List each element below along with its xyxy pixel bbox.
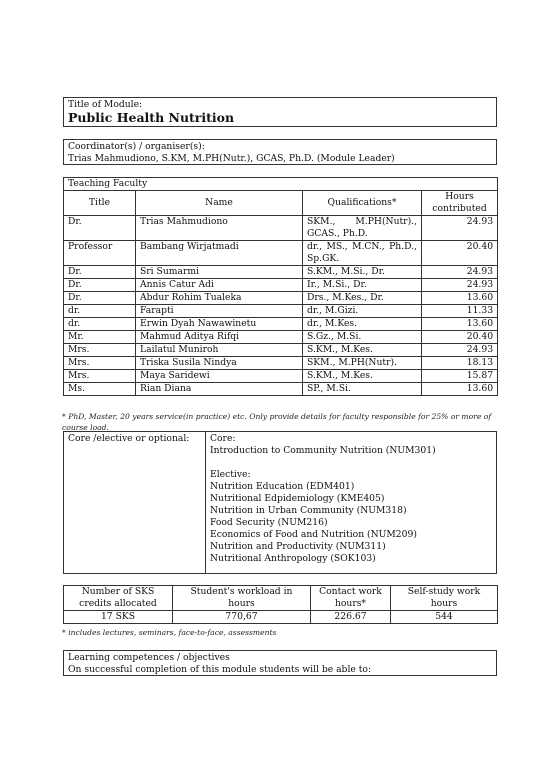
course-item: Nutrition and Productivity (NUM311)	[210, 541, 436, 553]
faculty-qualifications: Ir., M.Si., Dr.	[303, 279, 422, 292]
self-study-hours-value: 544	[391, 611, 498, 624]
header-contact-hours: Contact work hours*	[311, 586, 391, 611]
header-name: Name	[136, 191, 303, 216]
faculty-name: Mahmud Aditya Rifqi	[136, 331, 303, 344]
faculty-hours: 20.40	[422, 241, 498, 266]
faculty-hours: 15.87	[422, 370, 498, 383]
contact-hours-value: 226.67	[311, 611, 391, 624]
faculty-qualifications: dr., MS., M.CN., Ph.D., Sp.GK.	[303, 241, 422, 266]
faculty-name: Sri Sumarmi	[136, 266, 303, 279]
header-sks-credits: Number of SKS credits allocated	[64, 586, 173, 611]
faculty-name: Bambang Wirjatmadi	[136, 241, 303, 266]
course-item: Introduction to Community Nutrition (NUM…	[210, 445, 436, 457]
header-title: Title	[64, 191, 136, 216]
faculty-qualifications: S.Gz., M.Si.	[303, 331, 422, 344]
faculty-title: Mr.	[64, 331, 136, 344]
faculty-name: Triska Susila Nindya	[136, 357, 303, 370]
faculty-qualifications: S.KM., M.Kes.	[303, 370, 422, 383]
header-qualifications: Qualifications*	[303, 191, 422, 216]
faculty-row: ProfessorBambang Wirjatmadidr., MS., M.C…	[64, 241, 498, 266]
header-student-workload: Student's workload in hours	[173, 586, 311, 611]
faculty-hours: 20.40	[422, 331, 498, 344]
coordinator-value: Trias Mahmudiono, S.KM, M.PH(Nutr.), GCA…	[68, 153, 492, 165]
header-hours: Hours contributed	[422, 191, 498, 216]
elective-heading: Elective:	[210, 469, 436, 481]
faculty-qualifications: SP., M.Si.	[303, 383, 422, 396]
student-workload-value: 770,67	[173, 611, 311, 624]
faculty-qualifications: S.KM., M.Si., Dr.	[303, 266, 422, 279]
course-item: Nutrition in Urban Community (NUM318)	[210, 505, 436, 517]
faculty-hours: 13.60	[422, 318, 498, 331]
faculty-title: Dr.	[64, 266, 136, 279]
faculty-row: Mrs.Maya SaridewiS.KM., M.Kes.15.87	[64, 370, 498, 383]
faculty-title: Mrs.	[64, 357, 136, 370]
faculty-name: Rian Diana	[136, 383, 303, 396]
faculty-qualifications: dr., M.Gizi.	[303, 305, 422, 318]
faculty-hours: 13.60	[422, 383, 498, 396]
faculty-name: Annis Catur Adi	[136, 279, 303, 292]
faculty-name: Farapti	[136, 305, 303, 318]
workload-header-row: Number of SKS credits allocated Student'…	[64, 586, 498, 611]
module-title: Public Health Nutrition	[68, 111, 492, 125]
faculty-qualifications: SKM., M.PH(Nutr).	[303, 357, 422, 370]
faculty-hours: 24.93	[422, 279, 498, 292]
core-elective-label: Core /elective or optional:	[64, 432, 206, 573]
sks-credits-value: 17 SKS	[64, 611, 173, 624]
teaching-faculty-table: Teaching Faculty Title Name Qualificatio…	[63, 177, 498, 396]
faculty-qualifications: S.KM., M.Kes.	[303, 344, 422, 357]
course-item: Nutritional Edpidemiology (KME405)	[210, 493, 436, 505]
faculty-name: Erwin Dyah Nawawinetu	[136, 318, 303, 331]
faculty-title: dr.	[64, 305, 136, 318]
faculty-caption: Teaching Faculty	[64, 178, 498, 191]
coordinator-label: Coordinator(s) / organiser(s):	[68, 141, 492, 153]
faculty-title: dr.	[64, 318, 136, 331]
faculty-footnote: * PhD, Master, 20 years service(in pract…	[62, 411, 502, 433]
faculty-name: Abdur Rohim Tualeka	[136, 292, 303, 305]
faculty-name: Trias Mahmudiono	[136, 216, 303, 241]
faculty-name: Maya Saridewi	[136, 370, 303, 383]
course-item: Nutrition Education (EDM401)	[210, 481, 436, 493]
core-list: Introduction to Community Nutrition (NUM…	[210, 445, 436, 457]
faculty-row: Dr.Sri SumarmiS.KM., M.Si., Dr.24.93	[64, 266, 498, 279]
faculty-header-row: Title Name Qualifications* Hours contrib…	[64, 191, 498, 216]
faculty-hours: 24.93	[422, 266, 498, 279]
objectives-section: Learning competences / objectives On suc…	[63, 650, 497, 676]
faculty-qualifications: Drs., M.Kes., Dr.	[303, 292, 422, 305]
faculty-row: Ms.Rian DianaSP., M.Si.13.60	[64, 383, 498, 396]
elective-list: Nutrition Education (EDM401)Nutritional …	[210, 481, 436, 565]
module-title-section: Title of Module: Public Health Nutrition	[63, 97, 497, 127]
faculty-hours: 11.33	[422, 305, 498, 318]
faculty-title: Ms.	[64, 383, 136, 396]
faculty-hours: 18.13	[422, 357, 498, 370]
faculty-row: Dr.Trias MahmudionoSKM., M.PH(Nutr)., GC…	[64, 216, 498, 241]
header-self-study-hours: Self-study work hours	[391, 586, 498, 611]
faculty-row: dr.Erwin Dyah Nawawinetudr., M.Kes.13.60	[64, 318, 498, 331]
faculty-row: Dr.Annis Catur AdiIr., M.Si., Dr.24.93	[64, 279, 498, 292]
course-item: Food Security (NUM216)	[210, 517, 436, 529]
coordinator-section: Coordinator(s) / organiser(s): Trias Mah…	[63, 139, 497, 165]
workload-table: Number of SKS credits allocated Student'…	[63, 585, 498, 624]
workload-footnote: * includes lectures, seminars, face-to-f…	[62, 627, 502, 638]
objectives-intro: On successful completion of this module …	[68, 664, 492, 676]
faculty-qualifications: SKM., M.PH(Nutr)., GCAS., Ph.D.	[303, 216, 422, 241]
core-elective-section: Core /elective or optional: Core: Introd…	[63, 431, 497, 574]
faculty-name: Lailatul Muniroh	[136, 344, 303, 357]
faculty-hours: 24.93	[422, 216, 498, 241]
course-item: Economics of Food and Nutrition (NUM209)	[210, 529, 436, 541]
faculty-title: Mrs.	[64, 370, 136, 383]
faculty-row: Mr.Mahmud Aditya RifqiS.Gz., M.Si.20.40	[64, 331, 498, 344]
faculty-hours: 24.93	[422, 344, 498, 357]
faculty-row: Mrs.Triska Susila NindyaSKM., M.PH(Nutr)…	[64, 357, 498, 370]
faculty-qualifications: dr., M.Kes.	[303, 318, 422, 331]
faculty-row: Mrs.Lailatul MunirohS.KM., M.Kes.24.93	[64, 344, 498, 357]
faculty-title: Dr.	[64, 292, 136, 305]
core-elective-content: Core: Introduction to Community Nutritio…	[210, 433, 436, 565]
faculty-hours: 13.60	[422, 292, 498, 305]
faculty-title: Dr.	[64, 279, 136, 292]
faculty-row: dr.Faraptidr., M.Gizi.11.33	[64, 305, 498, 318]
core-heading: Core:	[210, 433, 436, 445]
faculty-title: Mrs.	[64, 344, 136, 357]
faculty-title: Dr.	[64, 216, 136, 241]
workload-value-row: 17 SKS 770,67 226.67 544	[64, 611, 498, 624]
course-item: Nutritional Anthropology (SOK103)	[210, 553, 436, 565]
faculty-row: Dr.Abdur Rohim TualekaDrs., M.Kes., Dr.1…	[64, 292, 498, 305]
objectives-label: Learning competences / objectives	[68, 652, 492, 664]
faculty-title: Professor	[64, 241, 136, 266]
